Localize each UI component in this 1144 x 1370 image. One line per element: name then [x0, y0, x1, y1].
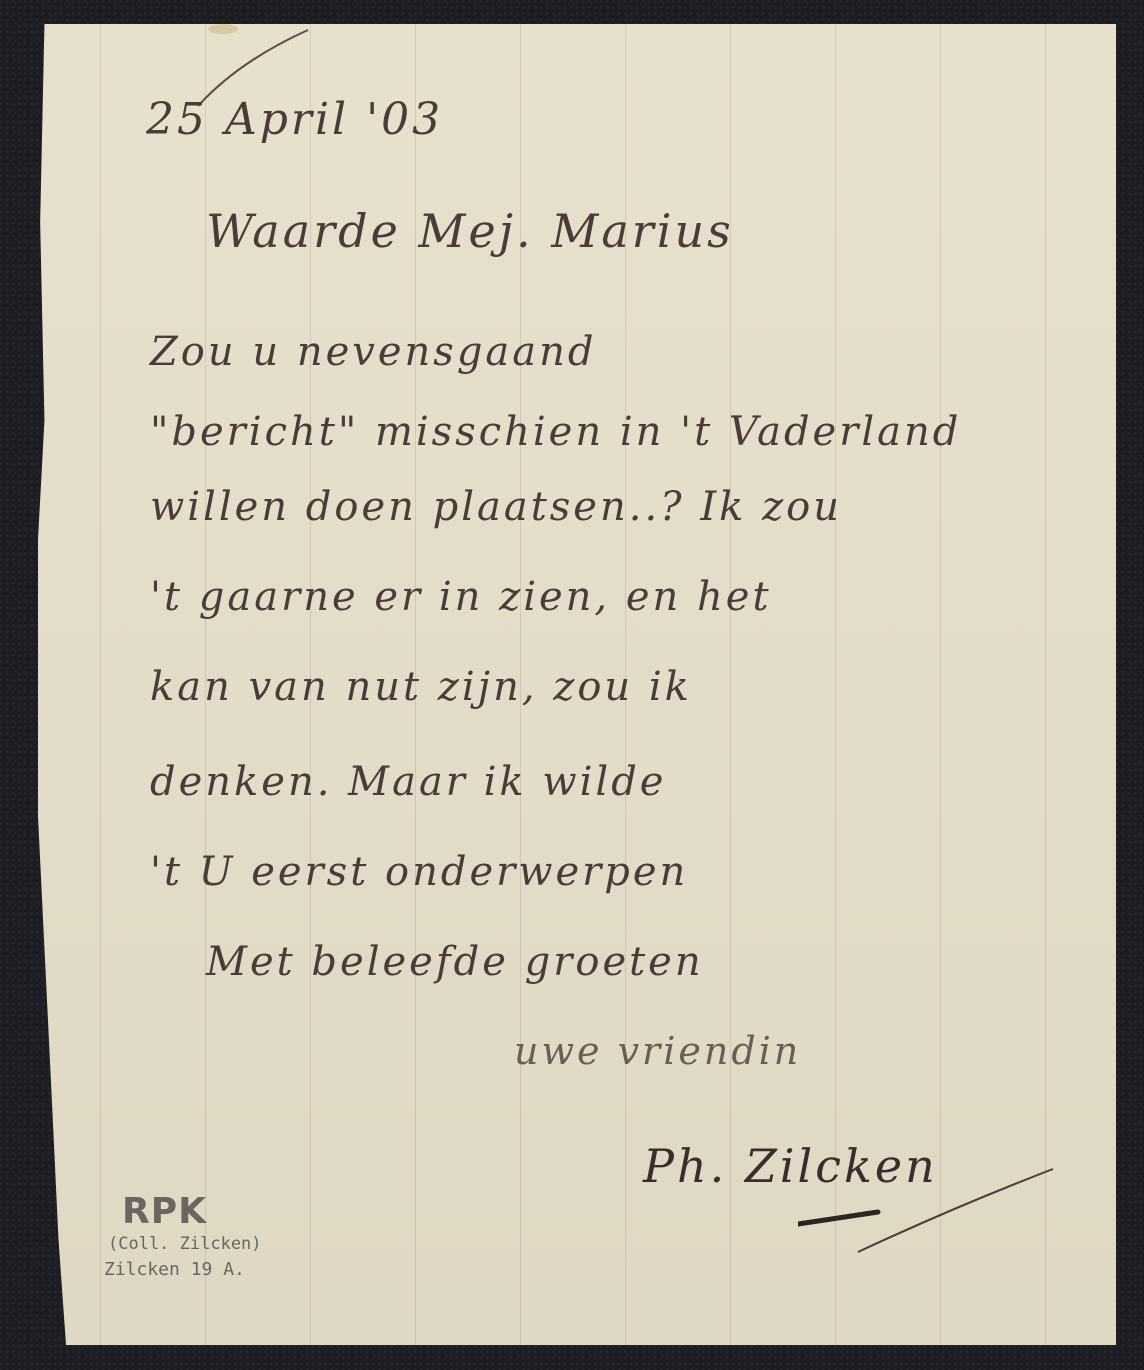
archive-stamp-logo: RPK: [122, 1192, 262, 1232]
archive-stamp-reference: Zilcken 19 A.: [104, 1257, 262, 1282]
letter-line-1: Zou u nevensgaand: [150, 329, 597, 375]
letter-line-6: denken. Maar ik wilde: [150, 759, 666, 805]
archive-stamp: RPK (Coll. Zilcken) Zilcken 19 A.: [92, 1192, 262, 1282]
letter-line-2: "bericht" misschien in 't Vaderland: [150, 409, 961, 455]
letter-salutation: Waarde Mej. Marius: [206, 204, 734, 258]
letter-line-5: kan van nut zijn, zou ik: [150, 664, 692, 710]
signature-flourish-stroke: [798, 1164, 1058, 1254]
letter-closing: uwe vriendin: [514, 1029, 801, 1073]
letter-line-3: willen doen plaatsen..? Ik zou: [150, 484, 842, 530]
archive-stamp-collection: (Coll. Zilcken): [108, 1232, 262, 1257]
letter-line-4: 't gaarne er in zien, en het: [150, 574, 772, 620]
letter-date: 25 April '03: [146, 94, 443, 145]
letter-paper: 25 April '03 Waarde Mej. Marius Zou u ne…: [38, 24, 1116, 1345]
letter-line-7: 't U eerst onderwerpen: [150, 849, 688, 895]
letter-line-8: Met beleefde groeten: [206, 939, 704, 985]
